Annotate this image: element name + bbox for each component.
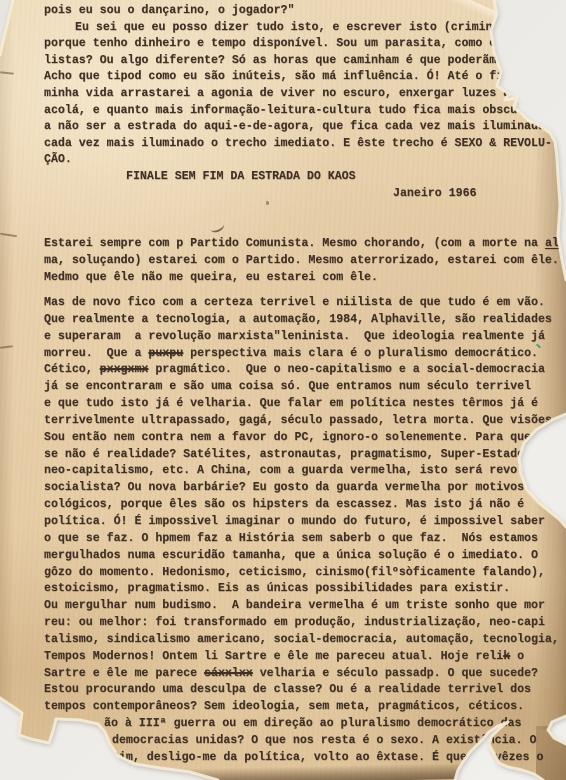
text-segment: a não ser a estrada do aqui-e-de-agora, … [44, 120, 545, 133]
text-segment: estoicismo, pragmatismo. Eis as únicas p… [44, 582, 510, 595]
struck-out-word: puxpu [148, 347, 183, 360]
text-segment: tempos contemporâneos? Sem ideologia, se… [44, 700, 524, 713]
text-segment: Tempos Modernos! Ontem li Sartre e êle m… [44, 650, 503, 663]
text-segment: Eu sei que eu posso dizer tudo isto, e e… [75, 21, 492, 34]
text-segment: gôzo do momento. Hedonismo, ceticismo, c… [44, 566, 545, 579]
text-segment: Sou então nem contra nem a favor do PC, … [44, 431, 531, 444]
text-line: Cético, pxxgxmx pragmático. Que o neo-ca… [44, 362, 559, 379]
text-segment: acolá, e quanto mais informação-leitura-… [44, 104, 538, 117]
text-line: acolá, e quanto mais informação-leitura-… [44, 103, 552, 120]
text-line: o que se faz. O hpmem faz a História sem… [44, 531, 559, 548]
text-line: Que realmente a tecnologia, a automação,… [44, 312, 559, 329]
text-segment: ma, soluçando) estarei com o Partido. Me… [44, 254, 559, 267]
text-segment: Que realmente a tecnologia, a automação,… [44, 313, 552, 326]
text-line: ão à IIIª guerra ou em direção ao plural… [44, 716, 559, 733]
text-segment: pragmático. Que o neo-capitalismo e a so… [148, 363, 545, 376]
text-segment: ão à IIIª guerra ou em direção ao plural… [104, 717, 521, 730]
text-line: e que tudo isto já é velharia. Que falar… [44, 396, 559, 413]
text-line: cada vez mais iluminado o trecho imediat… [44, 136, 552, 153]
torn-paper: FINALE SEM FIM DA ESTRADA DO KAOS Janeir… [0, 0, 566, 780]
text-line: a não ser a estrada do aqui-e-de-agora, … [44, 119, 552, 136]
text-line: Medmo que êle não me queira, eu estarei … [44, 269, 559, 286]
text-segment: cada vez mais iluminado o trecho imediat… [44, 137, 552, 150]
text-line: Estou procurando uma desculpa de classe?… [44, 682, 559, 699]
text-line: democracias unidas? O que nos resta é o … [44, 733, 559, 750]
text-segment: porque tenho dinheiro e tempo disponível… [44, 37, 496, 50]
text-line: política. Ó! É impossivel imaginar o mun… [44, 514, 559, 531]
text-line: se não é realidade? Satélites, astronaut… [44, 447, 559, 464]
text-segment: se não é realidade? Satélites, astronaut… [44, 448, 524, 461]
text-line: Ou mergulhar num budismo. A bandeira ver… [44, 598, 559, 615]
text-line: Sou então nem contra nem a favor do PC, … [44, 430, 559, 447]
document-title: FINALE SEM FIM DA ESTRADA DO KAOS [126, 170, 356, 183]
text-segment: Estarei sempre com p Partido Comunista. … [44, 237, 545, 250]
text-line: pois eu sou o dançarino, o jogador?" [44, 3, 552, 20]
typewritten-text: FINALE SEM FIM DA ESTRADA DO KAOS Janeir… [0, 0, 566, 780]
text-segment: e superaram a revolução marxista"leninis… [44, 330, 545, 343]
text-segment: Sim, desligo-me da política, volto ao êx… [112, 751, 543, 764]
text-line: Estarei sempre com p Partido Comunista. … [44, 235, 559, 252]
text-line: Sartre e êle me parece sáxxlxx velharia … [44, 666, 559, 683]
text-segment: democracias unidas? O que nos resta é o … [112, 734, 536, 747]
text-line: estoicismo, pragmatismo. Eis as únicas p… [44, 581, 559, 598]
text-segment: ÇÃO. [44, 153, 72, 166]
struck-out-word: pxxgxmx [100, 363, 149, 376]
text-line: Sim, desligo-me da política, volto ao êx… [44, 750, 559, 767]
scanned-document-page: FINALE SEM FIM DA ESTRADA DO KAOS Janeir… [0, 0, 566, 780]
paper-sheet: FINALE SEM FIM DA ESTRADA DO KAOS Janeir… [0, 0, 566, 780]
text-line: socialista? Ou nova barbárie? Eu gosto d… [44, 480, 559, 497]
text-segment: terrivelmente ultrapassado, gagá, século… [44, 414, 552, 427]
text-line: e superaram a revolução marxista"leninis… [44, 329, 559, 346]
text-line: porque tenho dinheiro e tempo disponível… [44, 36, 552, 53]
text-line: Acho que tipod como eu são inúteis, são … [44, 69, 552, 86]
text-line: cológicos, porque êles são os hipsters d… [44, 497, 559, 514]
text-line: terrivelmente ultrapassado, gagá, século… [44, 413, 559, 430]
text-line: tempos contemporâneos? Sem ideologia, se… [44, 699, 559, 716]
text-segment: socialista? Ou nova barbárie? Eu gosto d… [44, 481, 538, 494]
text-segment: pois eu sou o dançarino, o jogador?" [44, 4, 294, 17]
document-date: Janeiro 1966 [393, 187, 477, 200]
text-block: Mas de novo fico com a certeza terrivel … [44, 295, 559, 767]
text-line: Mas de novo fico com a certeza terrivel … [44, 295, 559, 312]
text-line: morreu. Que a puxpu perspectiva mais cla… [44, 346, 559, 363]
text-segment: morreu. Que a [44, 347, 148, 360]
text-segment: Medmo que êle não me queira, eu estarei … [44, 271, 378, 284]
text-segment: já se encontraram e são uma coisa só. Qu… [44, 380, 531, 393]
text-line: listas? Ou algo diferente? Só as horas q… [44, 53, 552, 70]
text-block: pois eu sou o dançarino, o jogador?"Eu s… [44, 3, 552, 169]
text-segment: listas? Ou algo diferente? Só as horas q… [44, 54, 496, 67]
text-line: mergulhados numa escuridão tamanha, que … [44, 548, 559, 565]
text-segment: e que tudo isto já é velharia. Que falar… [44, 397, 538, 410]
text-segment: perspectiva mais clara é o pluralismo de… [183, 347, 538, 360]
text-segment: neo-capitalismo, etc. A China, com a gua… [44, 464, 531, 477]
text-segment: talismo, sindicalismo americano, social-… [44, 633, 559, 646]
text-line: Tempos Modernos! Ontem li Sartre e êle m… [44, 649, 559, 666]
text-line: Eu sei que eu posso dizer tudo isto, e e… [44, 20, 552, 37]
text-segment: Cético, [44, 363, 100, 376]
text-segment: Estou procurando uma desculpa de classe?… [44, 683, 531, 696]
text-segment: minha vida arrastarei a agonia de viver … [44, 87, 531, 100]
text-line: gôzo do momento. Hedonismo, ceticismo, c… [44, 565, 559, 582]
text-segment: Acho que tipod como eu são inúteis, são … [44, 70, 510, 83]
text-segment: reu: ou melhor: foi transformado em prod… [44, 616, 545, 629]
text-segment: política. Ó! É impossivel imaginar o mun… [44, 515, 545, 528]
text-segment: Sartre e êle me parece [44, 667, 204, 680]
text-line: talismo, sindicalismo americano, social-… [44, 632, 559, 649]
text-line: neo-capitalismo, etc. A China, com a gua… [44, 463, 559, 480]
struck-out-word: sáxxlxx [204, 667, 253, 680]
text-line: ma, soluçando) estarei com o Partido. Me… [44, 252, 559, 269]
text-segment: Ou mergulhar num budismo. A bandeira ver… [44, 599, 545, 612]
text-segment: Mas de novo fico com a certeza terrivel … [44, 296, 545, 309]
text-segment: velharia e século passadp. O que sucede? [253, 667, 538, 680]
text-line: já se encontraram e são uma coisa só. Qu… [44, 379, 559, 396]
text-line: reu: ou melhor: foi transformado em prod… [44, 615, 559, 632]
text-block: Estarei sempre com p Partido Comunista. … [44, 235, 559, 286]
text-segment: mergulhados numa escuridão tamanha, que … [44, 549, 538, 562]
underlined-word: al [545, 237, 559, 250]
text-line: ÇÃO. [44, 152, 552, 169]
text-line: minha vida arrastarei a agonia de viver … [44, 86, 552, 103]
text-segment: cológicos, porque êles são os hipsters d… [44, 498, 524, 511]
text-segment: o [510, 650, 524, 663]
text-segment: o que se faz. O hpmem faz a História sem… [44, 532, 538, 545]
